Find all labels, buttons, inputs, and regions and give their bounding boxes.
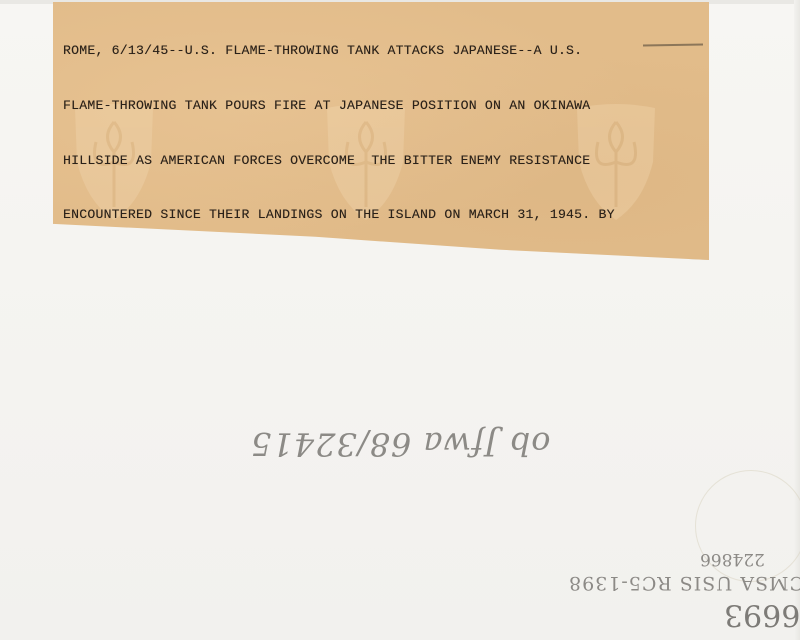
handwritten-print-number: 6693 xyxy=(724,597,800,632)
caption-line: ENCOUNTERED SINCE THEIR LANDINGS ON THE … xyxy=(63,206,708,224)
handwritten-source-code: CMSA USIS RC5-1398 xyxy=(568,572,800,594)
handwritten-archive-note: ob Jfwa 68/32415 xyxy=(250,425,551,463)
caption-line: ROME, 6/13/45--U.S. FLAME-THROWING TANK … xyxy=(63,42,708,60)
caption-line: HILLSIDE AS AMERICAN FORCES OVERCOME THE… xyxy=(63,152,708,170)
caption-line: FRONTAL ASSAULT IN THE ISLAND'S SOUTHERN… xyxy=(63,370,708,388)
caption-line: ATICAL STAND OF THE JAPANESE ON OKINAWA,… xyxy=(63,315,708,333)
handwritten-inventory-number: 224866 xyxy=(700,549,765,569)
caption-line: JUNE 11, MARINES AND TENTH ARMY TROOPS W… xyxy=(63,261,708,279)
caption-number: 6693 xyxy=(63,479,708,497)
caption-line: FLAME-THROWING TANK POURS FIRE AT JAPANE… xyxy=(63,97,708,115)
photo-back-page: ROME, 6/13/45--U.S. FLAME-THROWING TANK … xyxy=(0,0,800,640)
caption-clipping: ROME, 6/13/45--U.S. FLAME-THROWING TANK … xyxy=(53,2,709,260)
